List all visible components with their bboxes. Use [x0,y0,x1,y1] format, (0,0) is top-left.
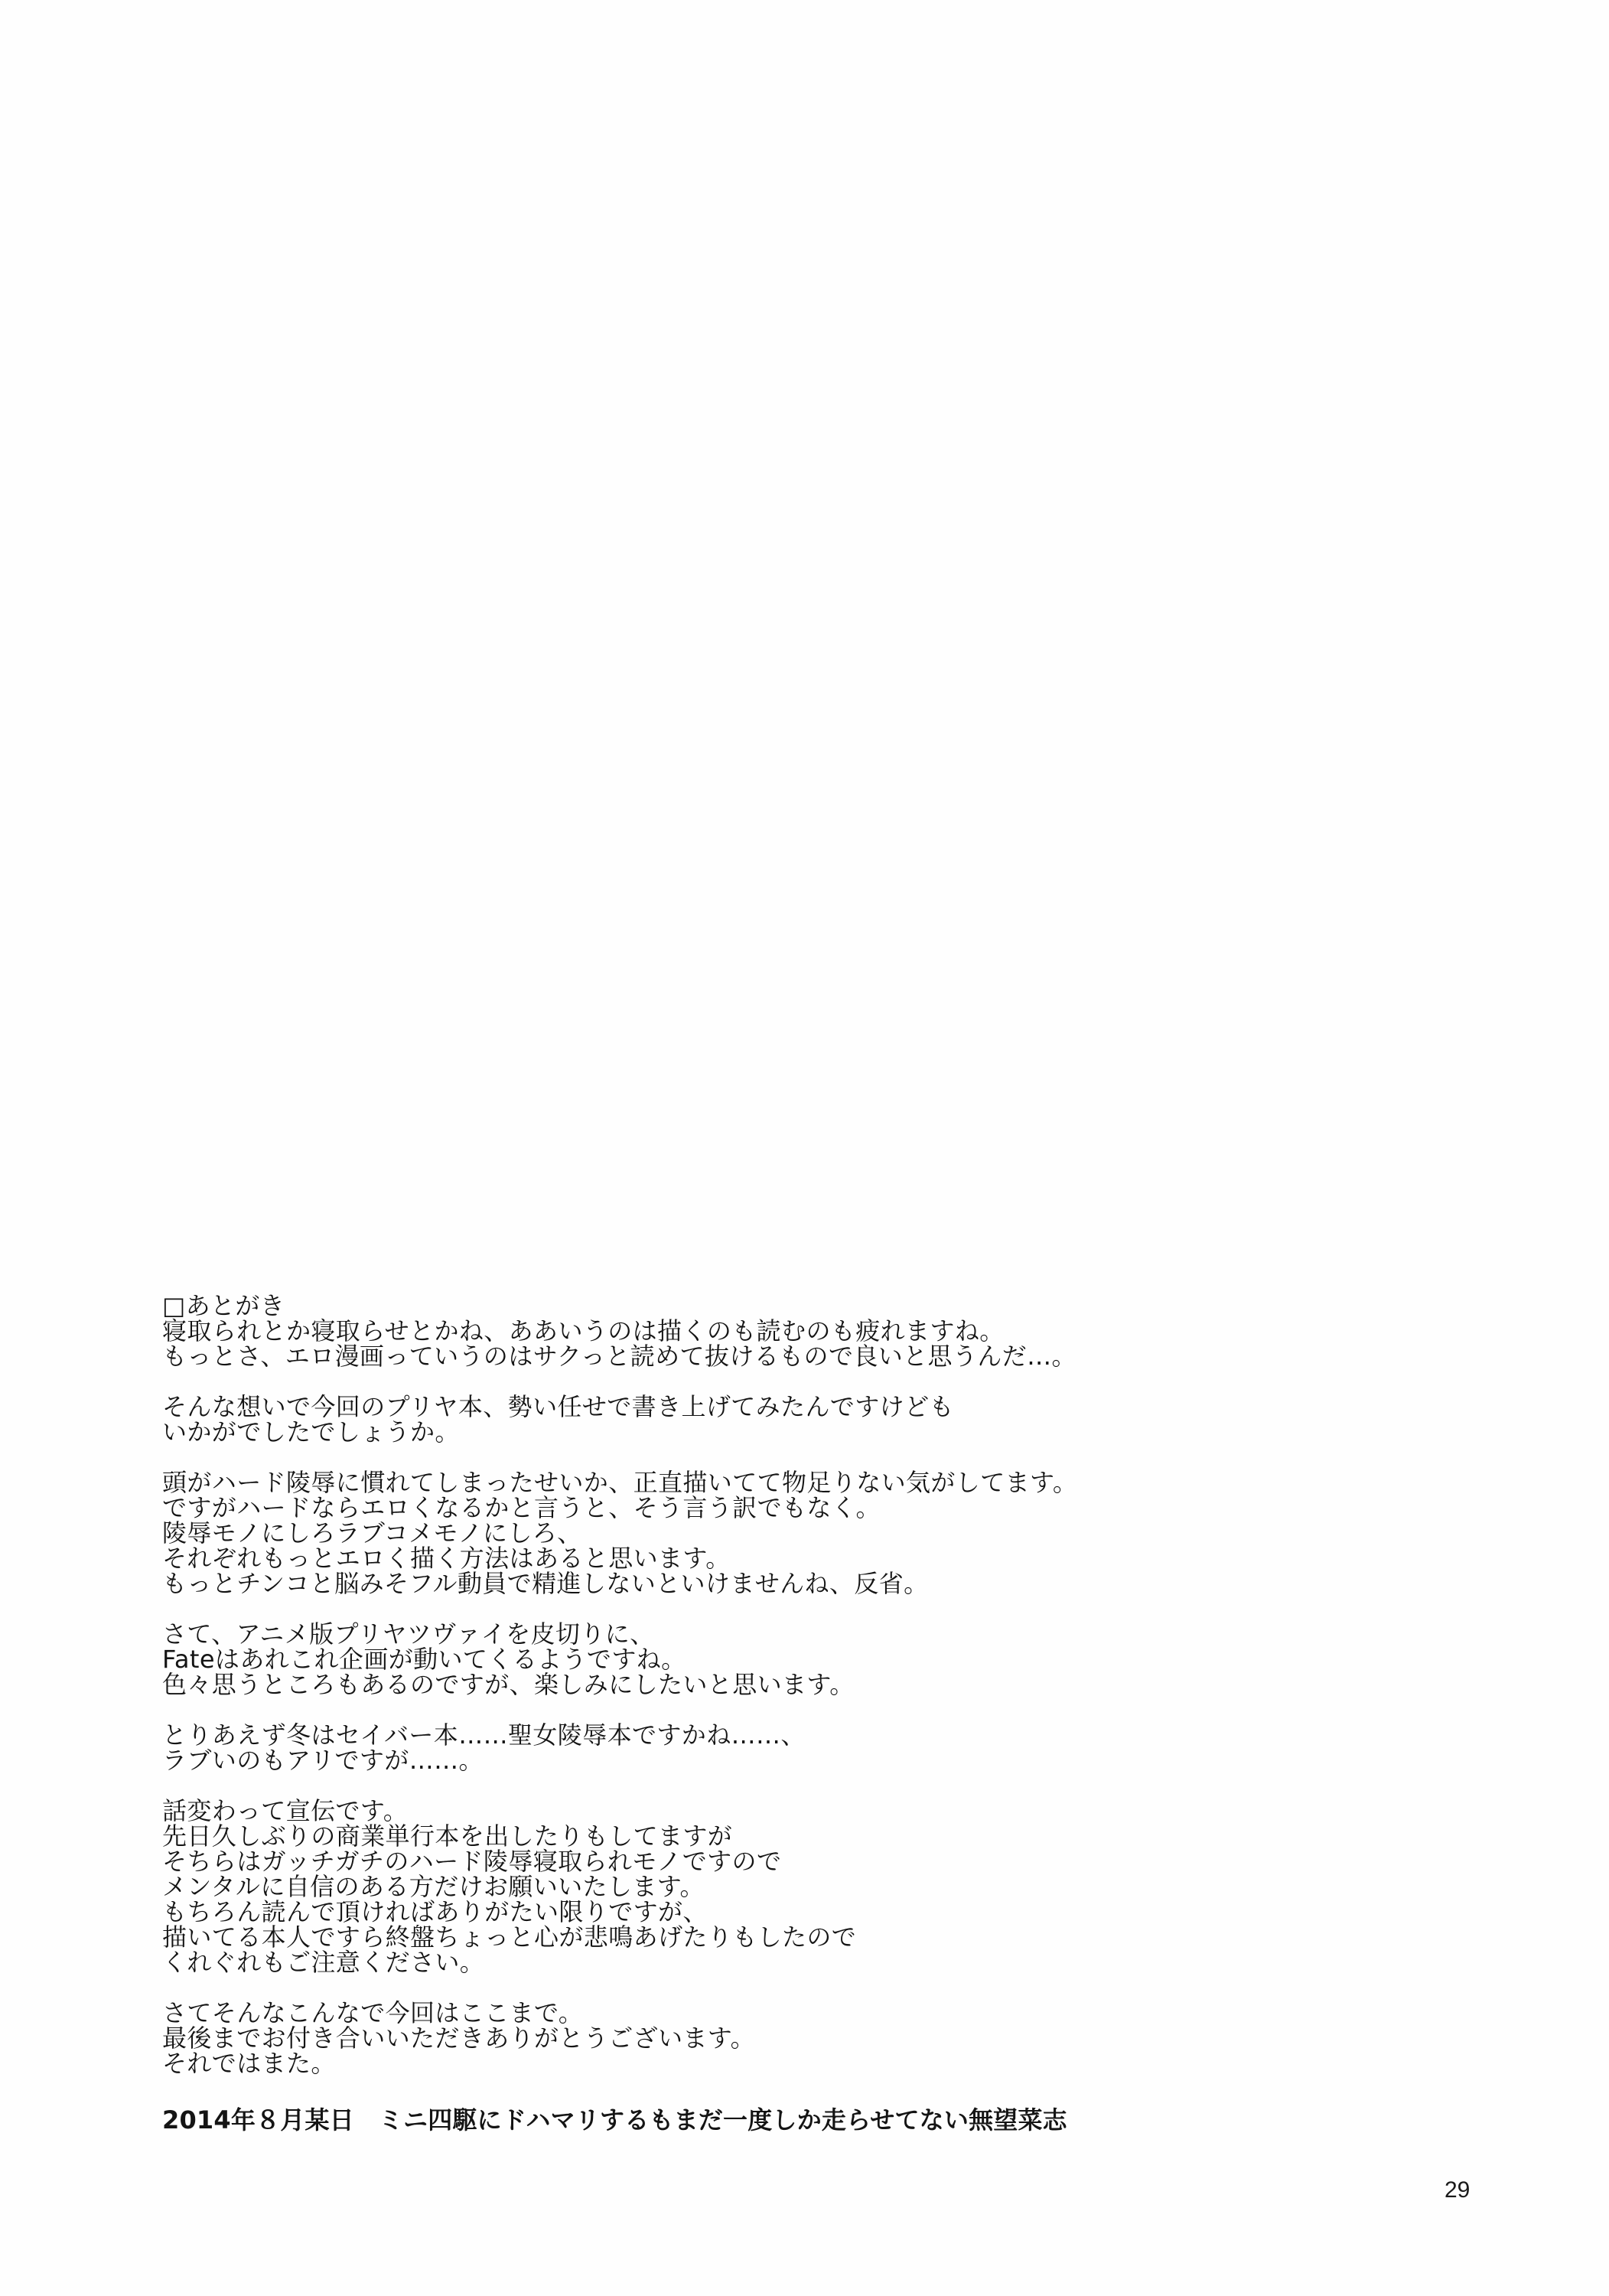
text-line: ラブいのもアリですが……。 [162,1748,1119,1773]
paragraph-7: さてそんなこんなで今回はここまで。 最後までお付き合いいただきありがとうございま… [162,2001,1119,2076]
text-line: 頭がハード陵辱に慣れてしまったせいか、正直描いてて物足りない気がしてます。 [162,1470,1119,1495]
document-page: □あとがき 寝取られとか寝取らせとかね、ああいうのは描くのも読むのも疲れますね。… [0,0,1609,2296]
text-line: そちらはガッチガチのハード陵辱寝取られモノですので [162,1849,1119,1874]
text-line: メンタルに自信のある方だけお願いいたします。 [162,1874,1119,1900]
text-line: ですがハードならエロくなるかと言うと、そう言う訳でもなく。 [162,1495,1119,1521]
text-line: 先日久しぶりの商業単行本を出したりもしてますが [162,1824,1119,1849]
text-line: もっとチンコと脳みそフル動員で精進しないといけませんね、反省。 [162,1571,1119,1596]
text-line: 話変わって宣伝です。 [162,1799,1119,1824]
text-line: いかがでしたでしょうか。 [162,1420,1119,1445]
text-line: もちろん読んで頂ければありがたい限りですが、 [162,1900,1119,1925]
signoff-date: 2014年８月某日 [162,2105,354,2135]
signoff-author-note: ミニ四駆にドハマリするもまだ一度しか走らせてない無望菜志 [379,2105,1067,2135]
paragraph-4: さて、アニメ版プリヤツヴァイを皮切りに、 Fateはあれこれ企画が動いてくるよう… [162,1622,1119,1698]
text-line: そんな想いで今回のプリヤ本、勢い任せで書き上げてみたんですけども [162,1394,1119,1420]
text-line: さて、アニメ版プリヤツヴァイを皮切りに、 [162,1622,1119,1647]
text-line: 陵辱モノにしろラブコメモノにしろ、 [162,1521,1119,1546]
paragraph-3: 頭がハード陵辱に慣れてしまったせいか、正直描いてて物足りない気がしてます。 です… [162,1470,1119,1596]
signoff-line: 2014年８月某日ミニ四駆にドハマリするもまだ一度しか走らせてない無望菜志 [162,2108,1067,2133]
text-line: 描いてる本人ですら終盤ちょっと心が悲鳴あげたりもしたので [162,1925,1119,1950]
text-line: それぞれもっとエロく描く方法はあると思います。 [162,1546,1119,1571]
text-line: 寝取られとか寝取らせとかね、ああいうのは描くのも読むのも疲れますね。 [162,1319,1119,1344]
text-line: それではまた。 [162,2051,1119,2076]
paragraph-1: 寝取られとか寝取らせとかね、ああいうのは描くのも読むのも疲れますね。 もっとさ、… [162,1319,1119,1369]
paragraph-2: そんな想いで今回のプリヤ本、勢い任せで書き上げてみたんですけども いかがでしたで… [162,1394,1119,1445]
text-line: 色々思うところもあるのですが、楽しみにしたいと思います。 [162,1672,1119,1698]
text-line: とりあえず冬はセイバー本……聖女陵辱本ですかね……、 [162,1723,1119,1748]
text-line: 最後までお付き合いいただきありがとうございます。 [162,2026,1119,2051]
text-line: Fateはあれこれ企画が動いてくるようですね。 [162,1647,1119,1672]
page-number: 29 [1445,2179,1470,2202]
text-line: もっとさ、エロ漫画っていうのはサクっと読めて抜けるもので良いと思うんだ…。 [162,1344,1119,1369]
text-line: くれぐれもご注意ください。 [162,1950,1119,1975]
afterword-heading: □あとがき [162,1293,1119,1319]
paragraph-6: 話変わって宣伝です。 先日久しぶりの商業単行本を出したりもしてますが そちらはガ… [162,1799,1119,1975]
text-line: さてそんなこんなで今回はここまで。 [162,2001,1119,2026]
afterword-section: □あとがき 寝取られとか寝取らせとかね、ああいうのは描くのも読むのも疲れますね。… [162,1293,1119,2102]
paragraph-5: とりあえず冬はセイバー本……聖女陵辱本ですかね……、 ラブいのもアリですが……。 [162,1723,1119,1773]
